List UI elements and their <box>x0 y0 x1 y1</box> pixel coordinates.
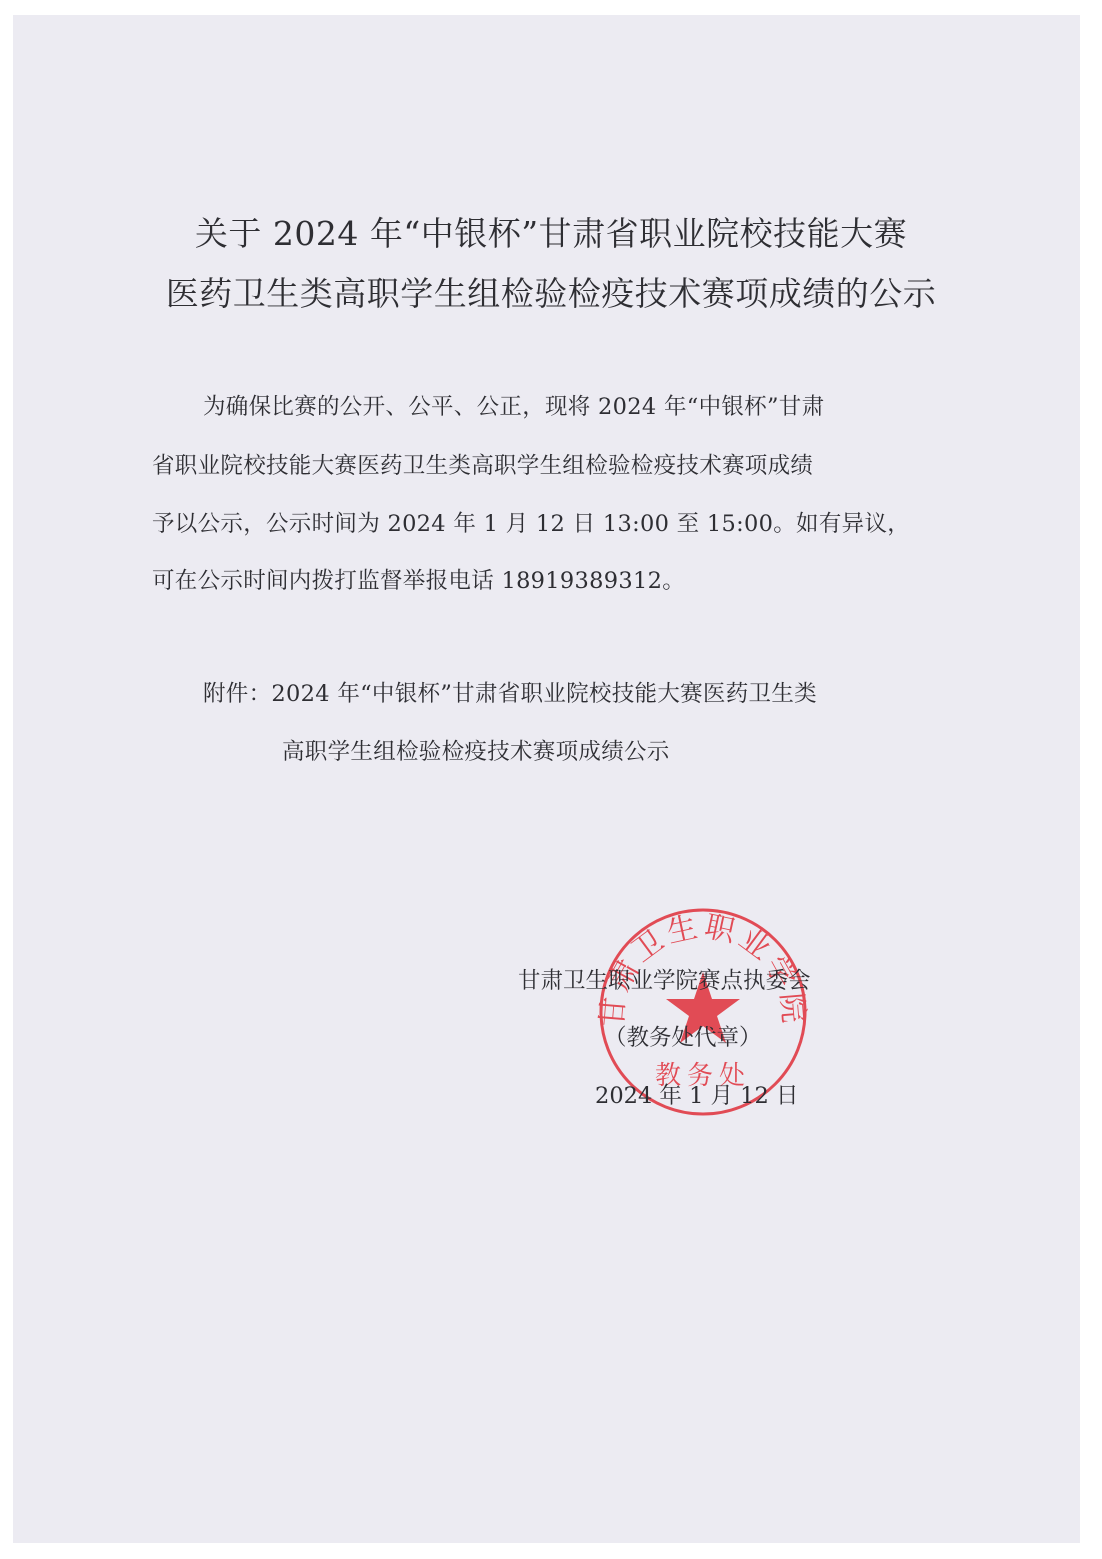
attachment-line-2: 高职学生组检验检疫技术赛项成绩公示 <box>282 734 670 766</box>
body-line-4: 可在公示时间内拨打监督举报电话 18919389312。 <box>152 563 685 595</box>
body-line-2: 省职业院校技能大赛医药卫生类高职学生组检验检疫技术赛项成绩 <box>152 448 813 480</box>
signature-date: 2024 年 1 月 12 日 <box>595 1078 798 1110</box>
signature-note: （教务处代章） <box>604 1020 762 1052</box>
document-title-line-2: 医药卫生类高职学生组检验检疫技术赛项成绩的公示 <box>0 268 1102 315</box>
body-line-3: 予以公示，公示时间为 2024 年 1 月 12 日 13:00 至 15:00… <box>152 506 910 538</box>
attachment-line-1: 附件：2024 年“中银杯”甘肃省职业院校技能大赛医药卫生类 <box>203 676 817 708</box>
document-title-line-1: 关于 2024 年“中银杯”甘肃省职业院校技能大赛 <box>0 208 1102 255</box>
body-line-1: 为确保比赛的公开、公平、公正，现将 2024 年“中银杯”甘肃 <box>203 389 824 421</box>
signature-organization: 甘肃卫生职业学院赛点执委会 <box>518 963 811 995</box>
